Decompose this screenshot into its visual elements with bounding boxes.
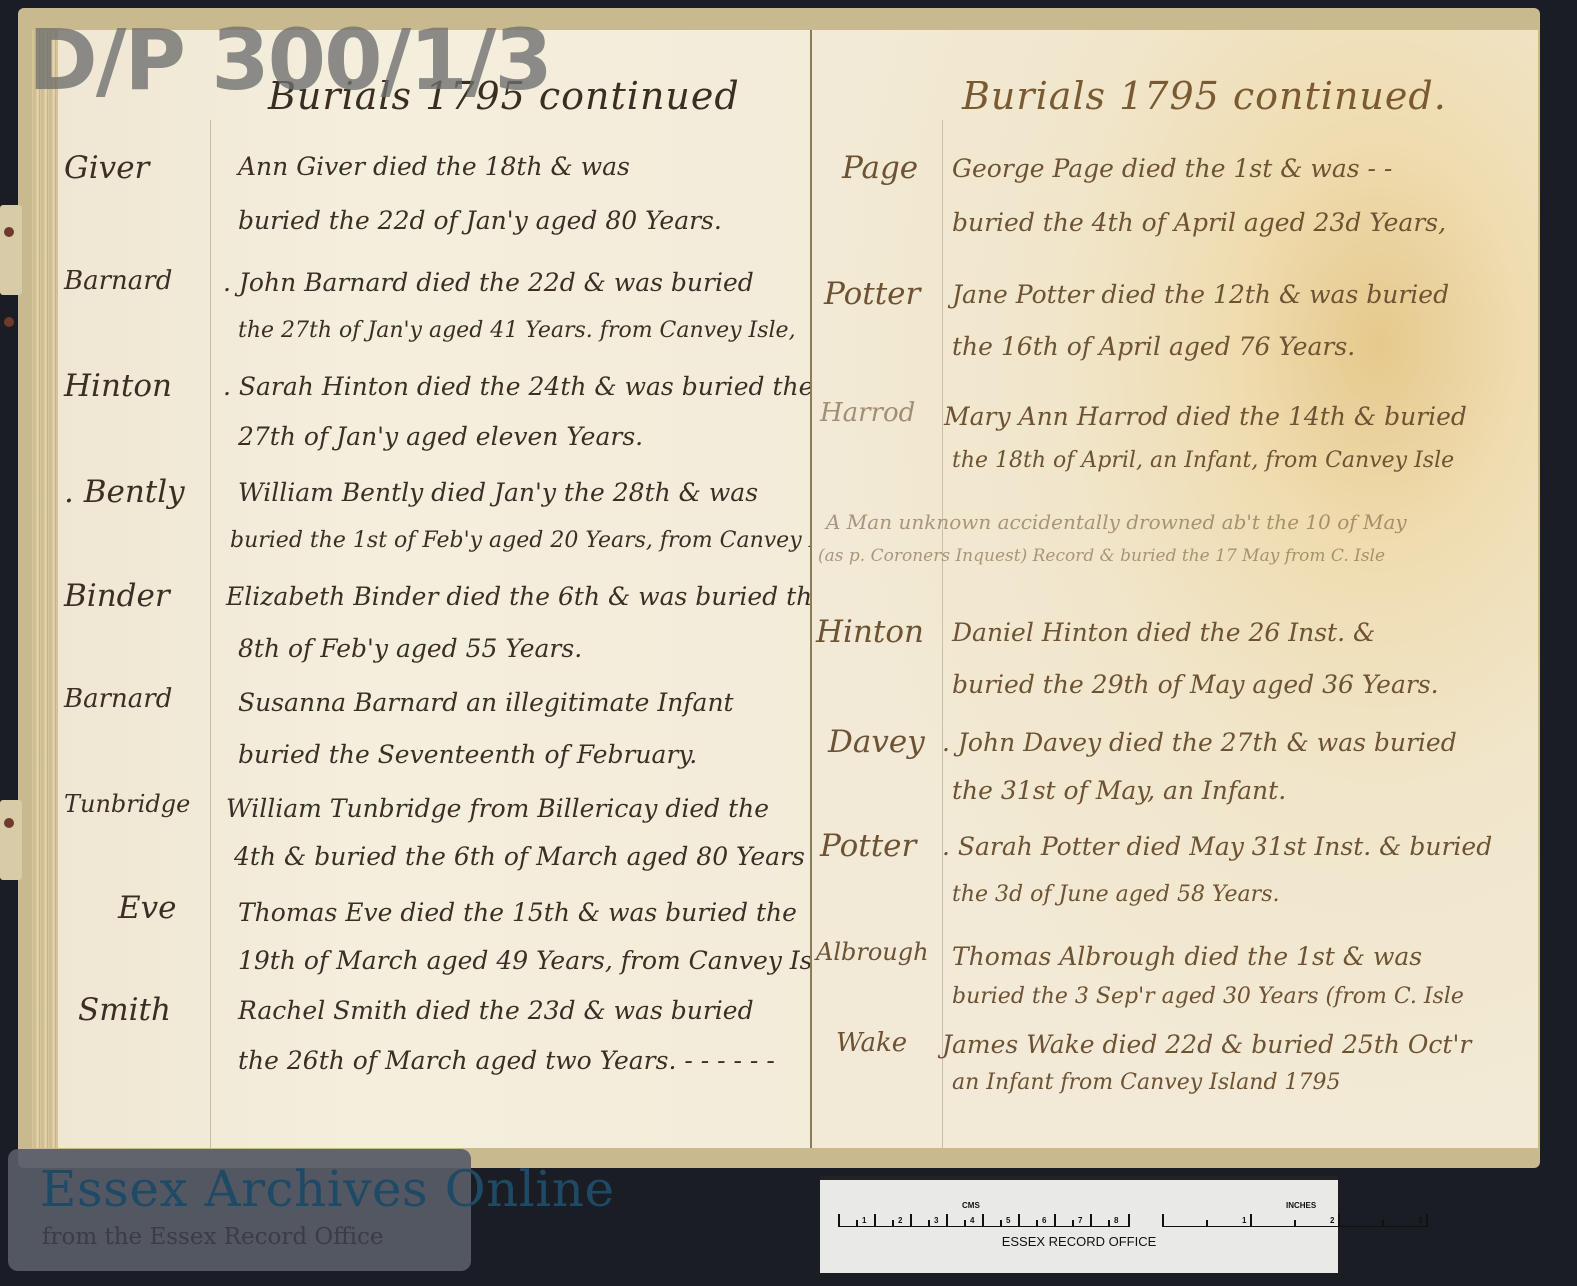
entry-line: the 18th of April, an Infant, from Canve… xyxy=(952,448,1454,473)
entry-line: . Sarah Potter died May 31st Inst. & bur… xyxy=(942,832,1492,861)
scale-bar-label: ESSEX RECORD OFFICE xyxy=(820,1234,1338,1249)
left-page: Burials 1795 continued Giver Ann Giver d… xyxy=(58,30,812,1148)
margin-surname: Potter xyxy=(824,276,944,312)
entry-line: Mary Ann Harrod died the 14th & buried xyxy=(944,402,1467,431)
margin-surname: Page xyxy=(842,150,962,186)
entry-line: Rachel Smith died the 23d & was buried xyxy=(238,996,754,1025)
entry-line: Daniel Hinton died the 26 Inst. & xyxy=(952,618,1375,647)
entry-line: James Wake died 22d & buried 25th Oct'r xyxy=(942,1030,1471,1059)
margin-surname: Wake xyxy=(836,1028,956,1058)
page-heading: Burials 1795 continued. xyxy=(962,74,1447,118)
scale-bar: CMS 1 2 3 4 5 6 7 8 INCHES 1 2 3 ESSEX R… xyxy=(820,1176,1338,1273)
open-register-book: Burials 1795 continued Giver Ann Giver d… xyxy=(18,8,1540,1168)
entry-line: buried the 22d of Jan'y aged 80 Years. xyxy=(238,206,722,235)
margin-rule xyxy=(210,120,211,1148)
entry-line: buried the 4th of April aged 23d Years, xyxy=(952,208,1446,237)
entry-line: Jane Potter died the 12th & was buried xyxy=(952,280,1449,309)
entry-line: . Sarah Hinton died the 24th & was burie… xyxy=(223,372,812,401)
cms-ruler: CMS 1 2 3 4 5 6 7 8 xyxy=(838,1212,1130,1227)
entry-line: George Page died the 1st & was - - xyxy=(952,154,1392,183)
entry-line: buried the 29th of May aged 36 Years. xyxy=(952,670,1439,699)
inches-label: INCHES xyxy=(1286,1201,1316,1210)
brand-subtitle: from the Essex Record Office xyxy=(42,1224,383,1250)
margin-surname: Eve xyxy=(118,890,238,926)
binding-clasp xyxy=(0,800,22,880)
right-page: Burials 1795 continued. Page George Page… xyxy=(812,30,1538,1148)
entry-line: 27th of Jan'y aged eleven Years. xyxy=(238,422,643,451)
margin-surname: Barnard xyxy=(64,266,184,296)
nail-icon xyxy=(4,818,14,828)
entry-line: 8th of Feb'y aged 55 Years. xyxy=(238,634,582,663)
entry-line: buried the 3 Sep'r aged 30 Years (from C… xyxy=(952,984,1464,1009)
margin-surname: Davey xyxy=(828,724,948,760)
document-reference-watermark: D/P 300/1/3 xyxy=(28,18,551,102)
entry-line: an Infant from Canvey Island 1795 xyxy=(952,1070,1341,1095)
entry-line: buried the 1st of Feb'y aged 20 Years, f… xyxy=(230,528,812,553)
nail-icon xyxy=(4,227,14,237)
binding-clasp xyxy=(0,205,22,295)
left-page-edges xyxy=(32,30,60,1148)
entry-line: Thomas Albrough died the 1st & was xyxy=(952,942,1422,971)
entry-line: . John Barnard died the 22d & was buried xyxy=(223,268,754,297)
margin-surname: . Bently xyxy=(64,474,184,510)
margin-rule xyxy=(942,120,943,1148)
entry-line: 4th & buried the 6th of March aged 80 Ye… xyxy=(234,842,812,871)
entry-line: the 31st of May, an Infant. xyxy=(952,776,1286,805)
inches-ruler: INCHES 1 2 3 xyxy=(1162,1212,1428,1227)
margin-surname: Hinton xyxy=(64,368,184,404)
entry-line: A Man unknown accidentally drowned ab't … xyxy=(826,510,1407,534)
entry-line: Ann Giver died the 18th & was xyxy=(238,152,630,181)
entry-line: the 27th of Jan'y aged 41 Years. from Ca… xyxy=(238,318,796,343)
margin-surname: Hinton xyxy=(816,614,936,650)
entry-line: the 3d of June aged 58 Years. xyxy=(952,882,1279,907)
margin-surname: Giver xyxy=(64,150,184,186)
entry-line: Elizabeth Binder died the 6th & was buri… xyxy=(226,582,812,611)
brand-title: Essex Archives Online xyxy=(40,1160,615,1218)
margin-surname: Harrod xyxy=(820,398,940,428)
entry-line: 19th of March aged 49 Years, from Canvey… xyxy=(238,946,812,975)
entry-line: the 26th of March aged two Years. - - - … xyxy=(238,1046,775,1075)
margin-surname: Binder xyxy=(64,578,184,614)
margin-surname: Potter xyxy=(820,828,940,864)
margin-surname: Albrough xyxy=(816,938,936,966)
entry-line: Susanna Barnard an illegitimate Infant xyxy=(238,688,734,717)
entry-line: the 16th of April aged 76 Years. xyxy=(952,332,1355,361)
entry-line: (as p. Coroners Inquest) Record & buried… xyxy=(818,546,1385,566)
entry-line: . John Davey died the 27th & was buried xyxy=(942,728,1457,757)
margin-surname: Barnard xyxy=(64,684,184,714)
entry-line: William Tunbridge from Billericay died t… xyxy=(226,794,769,823)
margin-surname: Tunbridge xyxy=(64,790,184,818)
entry-line: buried the Seventeenth of February. xyxy=(238,740,697,769)
cms-label: CMS xyxy=(962,1201,980,1210)
entry-line: Thomas Eve died the 15th & was buried th… xyxy=(238,898,797,927)
margin-surname: Smith xyxy=(78,992,198,1028)
entry-line: William Bently died Jan'y the 28th & was xyxy=(238,478,758,507)
nail-icon xyxy=(4,317,14,327)
